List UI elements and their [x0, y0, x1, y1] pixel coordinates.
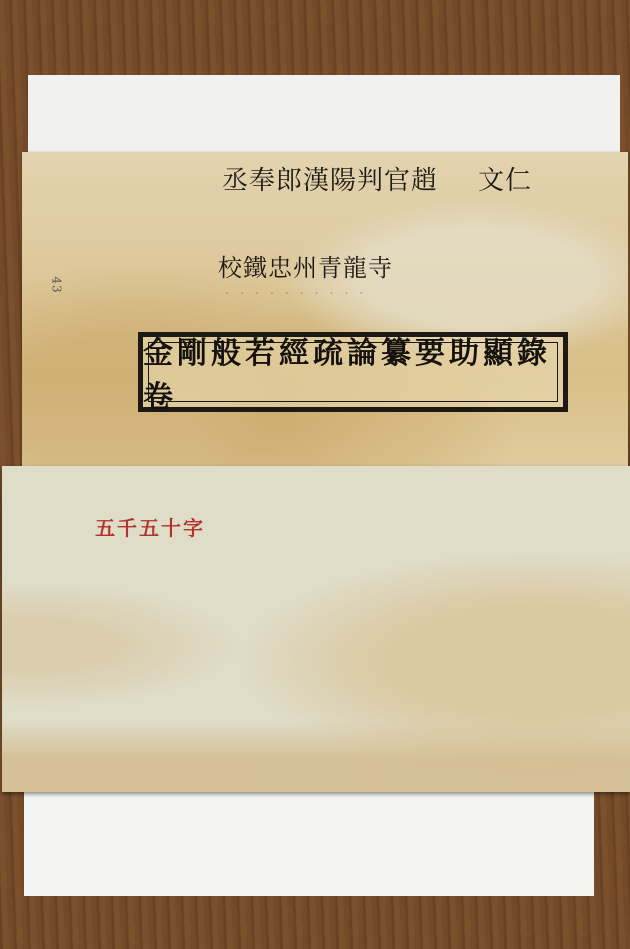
book-front-cover: [22, 152, 628, 470]
publisher-line-1: 丞奉郎漢陽判官趙: [222, 160, 438, 197]
white-paper-sheet-bottom: [24, 786, 594, 896]
publisher-line-2: 校鐵忠州青龍寺: [218, 248, 393, 283]
publisher-line-1-suffix: 文仁: [478, 160, 532, 197]
red-inscription: 五千五十字: [95, 512, 205, 541]
book-title: 金剛般若經疏論纂要助顯錄卷: [143, 328, 563, 416]
faint-show-through-text: · · · · · · · · · ·: [225, 286, 367, 302]
title-slip: 金剛般若經疏論纂要助顯錄卷: [138, 332, 568, 412]
pencil-note: 43: [50, 276, 64, 293]
